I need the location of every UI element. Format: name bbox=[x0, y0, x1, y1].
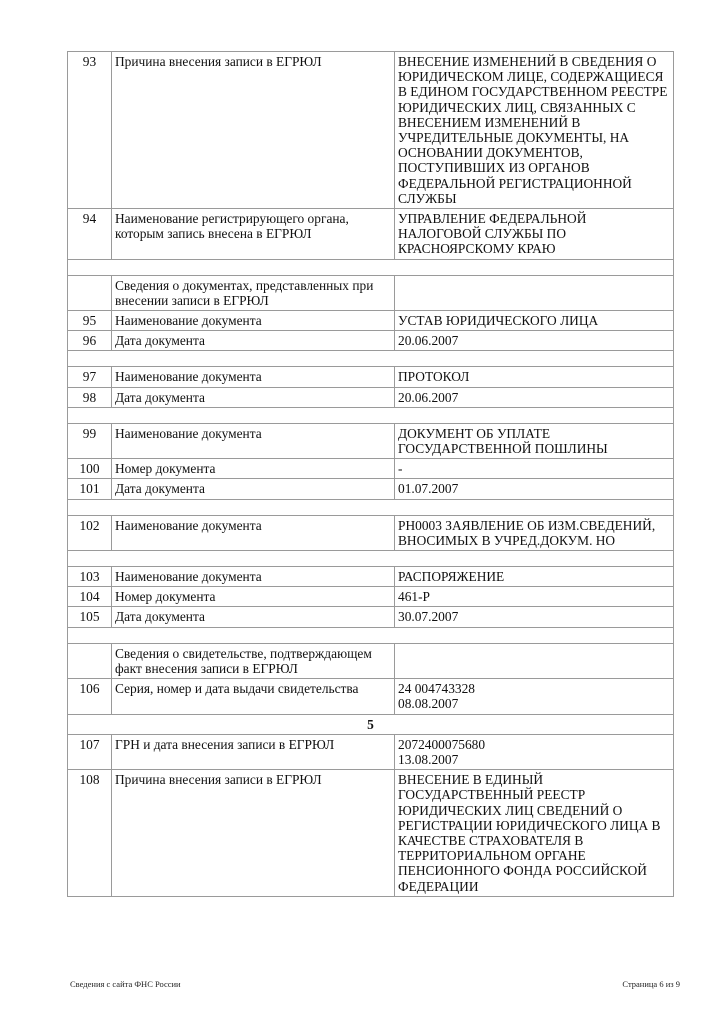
field-value: 20.06.2007 bbox=[395, 331, 674, 351]
row-number: 103 bbox=[68, 567, 112, 587]
field-name: ГРН и дата внесения записи в ЕГРЮЛ bbox=[112, 734, 395, 769]
spacer-row bbox=[68, 259, 674, 275]
field-value: ДОКУМЕНТ ОБ УПЛАТЕ ГОСУДАРСТВЕННОЙ ПОШЛИ… bbox=[395, 423, 674, 458]
table-row: 106Серия, номер и дата выдачи свидетельс… bbox=[68, 679, 674, 714]
field-value bbox=[395, 275, 674, 310]
field-value: РАСПОРЯЖЕНИЕ bbox=[395, 567, 674, 587]
footer-page-number: Страница 6 из 9 bbox=[622, 979, 680, 989]
row-number bbox=[68, 275, 112, 310]
row-number: 93 bbox=[68, 52, 112, 209]
document-page: 93Причина внесения записи в ЕГРЮЛВНЕСЕНИ… bbox=[0, 0, 723, 1024]
table-row: 103Наименование документаРАСПОРЯЖЕНИЕ bbox=[68, 567, 674, 587]
table-row: 94Наименование регистрирующего органа, к… bbox=[68, 209, 674, 260]
field-name: Сведения о документах, представленных пр… bbox=[112, 275, 395, 310]
spacer-row bbox=[68, 499, 674, 515]
row-number: 106 bbox=[68, 679, 112, 714]
field-name: Серия, номер и дата выдачи свидетельства bbox=[112, 679, 395, 714]
field-name: Наименование документа bbox=[112, 311, 395, 331]
table-row: 100Номер документа- bbox=[68, 459, 674, 479]
row-number: 101 bbox=[68, 479, 112, 499]
table-row: 107ГРН и дата внесения записи в ЕГРЮЛ207… bbox=[68, 734, 674, 769]
field-name: Сведения о свидетельстве, подтверждающем… bbox=[112, 643, 395, 678]
table-row: 104Номер документа461-Р bbox=[68, 587, 674, 607]
field-name: Наименование документа bbox=[112, 423, 395, 458]
section-number: 5 bbox=[68, 714, 674, 734]
field-name: Номер документа bbox=[112, 459, 395, 479]
table-row: 108Причина внесения записи в ЕГРЮЛВНЕСЕН… bbox=[68, 770, 674, 897]
spacer-row bbox=[68, 407, 674, 423]
row-number: 95 bbox=[68, 311, 112, 331]
row-number: 98 bbox=[68, 387, 112, 407]
field-value: УСТАВ ЮРИДИЧЕСКОГО ЛИЦА bbox=[395, 311, 674, 331]
row-number: 100 bbox=[68, 459, 112, 479]
field-name: Номер документа bbox=[112, 587, 395, 607]
field-name: Причина внесения записи в ЕГРЮЛ bbox=[112, 770, 395, 897]
field-value: 461-Р bbox=[395, 587, 674, 607]
table-row: 93Причина внесения записи в ЕГРЮЛВНЕСЕНИ… bbox=[68, 52, 674, 209]
field-name: Причина внесения записи в ЕГРЮЛ bbox=[112, 52, 395, 209]
table-row: Сведения о свидетельстве, подтверждающем… bbox=[68, 643, 674, 678]
table-row: 98Дата документа20.06.2007 bbox=[68, 387, 674, 407]
table-row: 101Дата документа01.07.2007 bbox=[68, 479, 674, 499]
table-row: 105Дата документа30.07.2007 bbox=[68, 607, 674, 627]
field-name: Дата документа bbox=[112, 331, 395, 351]
field-name: Дата документа bbox=[112, 607, 395, 627]
footer-source: Сведения с сайта ФНС России bbox=[70, 979, 181, 989]
field-value: 2072400075680 13.08.2007 bbox=[395, 734, 674, 769]
spacer-row bbox=[68, 351, 674, 367]
spacer-cell bbox=[68, 351, 674, 367]
table-row: 102Наименование документаРН0003 ЗАЯВЛЕНИ… bbox=[68, 515, 674, 550]
spacer-cell bbox=[68, 627, 674, 643]
field-name: Наименование регистрирующего органа, кот… bbox=[112, 209, 395, 260]
field-name: Наименование документа bbox=[112, 515, 395, 550]
row-number: 108 bbox=[68, 770, 112, 897]
section-header-row: 5 bbox=[68, 714, 674, 734]
field-value: 20.06.2007 bbox=[395, 387, 674, 407]
row-number: 102 bbox=[68, 515, 112, 550]
table-row: Сведения о документах, представленных пр… bbox=[68, 275, 674, 310]
field-name: Наименование документа bbox=[112, 367, 395, 387]
field-value: ПРОТОКОЛ bbox=[395, 367, 674, 387]
egrul-table: 93Причина внесения записи в ЕГРЮЛВНЕСЕНИ… bbox=[67, 51, 674, 897]
spacer-row bbox=[68, 627, 674, 643]
row-number: 105 bbox=[68, 607, 112, 627]
egrul-table-body: 93Причина внесения записи в ЕГРЮЛВНЕСЕНИ… bbox=[68, 52, 674, 897]
spacer-row bbox=[68, 551, 674, 567]
table-row: 96Дата документа20.06.2007 bbox=[68, 331, 674, 351]
field-value: ВНЕСЕНИЕ ИЗМЕНЕНИЙ В СВЕДЕНИЯ О ЮРИДИЧЕС… bbox=[395, 52, 674, 209]
field-value: ВНЕСЕНИЕ В ЕДИНЫЙ ГОСУДАРСТВЕННЫЙ РЕЕСТР… bbox=[395, 770, 674, 897]
table-row: 97Наименование документаПРОТОКОЛ bbox=[68, 367, 674, 387]
field-value: 30.07.2007 bbox=[395, 607, 674, 627]
spacer-cell bbox=[68, 259, 674, 275]
field-value: - bbox=[395, 459, 674, 479]
field-value: 01.07.2007 bbox=[395, 479, 674, 499]
row-number: 99 bbox=[68, 423, 112, 458]
row-number: 104 bbox=[68, 587, 112, 607]
row-number: 97 bbox=[68, 367, 112, 387]
row-number: 94 bbox=[68, 209, 112, 260]
table-row: 95Наименование документаУСТАВ ЮРИДИЧЕСКО… bbox=[68, 311, 674, 331]
row-number: 107 bbox=[68, 734, 112, 769]
table-row: 99Наименование документаДОКУМЕНТ ОБ УПЛА… bbox=[68, 423, 674, 458]
field-name: Наименование документа bbox=[112, 567, 395, 587]
row-number bbox=[68, 643, 112, 678]
spacer-cell bbox=[68, 407, 674, 423]
field-value bbox=[395, 643, 674, 678]
field-name: Дата документа bbox=[112, 387, 395, 407]
field-value: УПРАВЛЕНИЕ ФЕДЕРАЛЬНОЙ НАЛОГОВОЙ СЛУЖБЫ … bbox=[395, 209, 674, 260]
field-value: РН0003 ЗАЯВЛЕНИЕ ОБ ИЗМ.СВЕДЕНИЙ, ВНОСИМ… bbox=[395, 515, 674, 550]
spacer-cell bbox=[68, 551, 674, 567]
spacer-cell bbox=[68, 499, 674, 515]
row-number: 96 bbox=[68, 331, 112, 351]
field-value: 24 004743328 08.08.2007 bbox=[395, 679, 674, 714]
field-name: Дата документа bbox=[112, 479, 395, 499]
